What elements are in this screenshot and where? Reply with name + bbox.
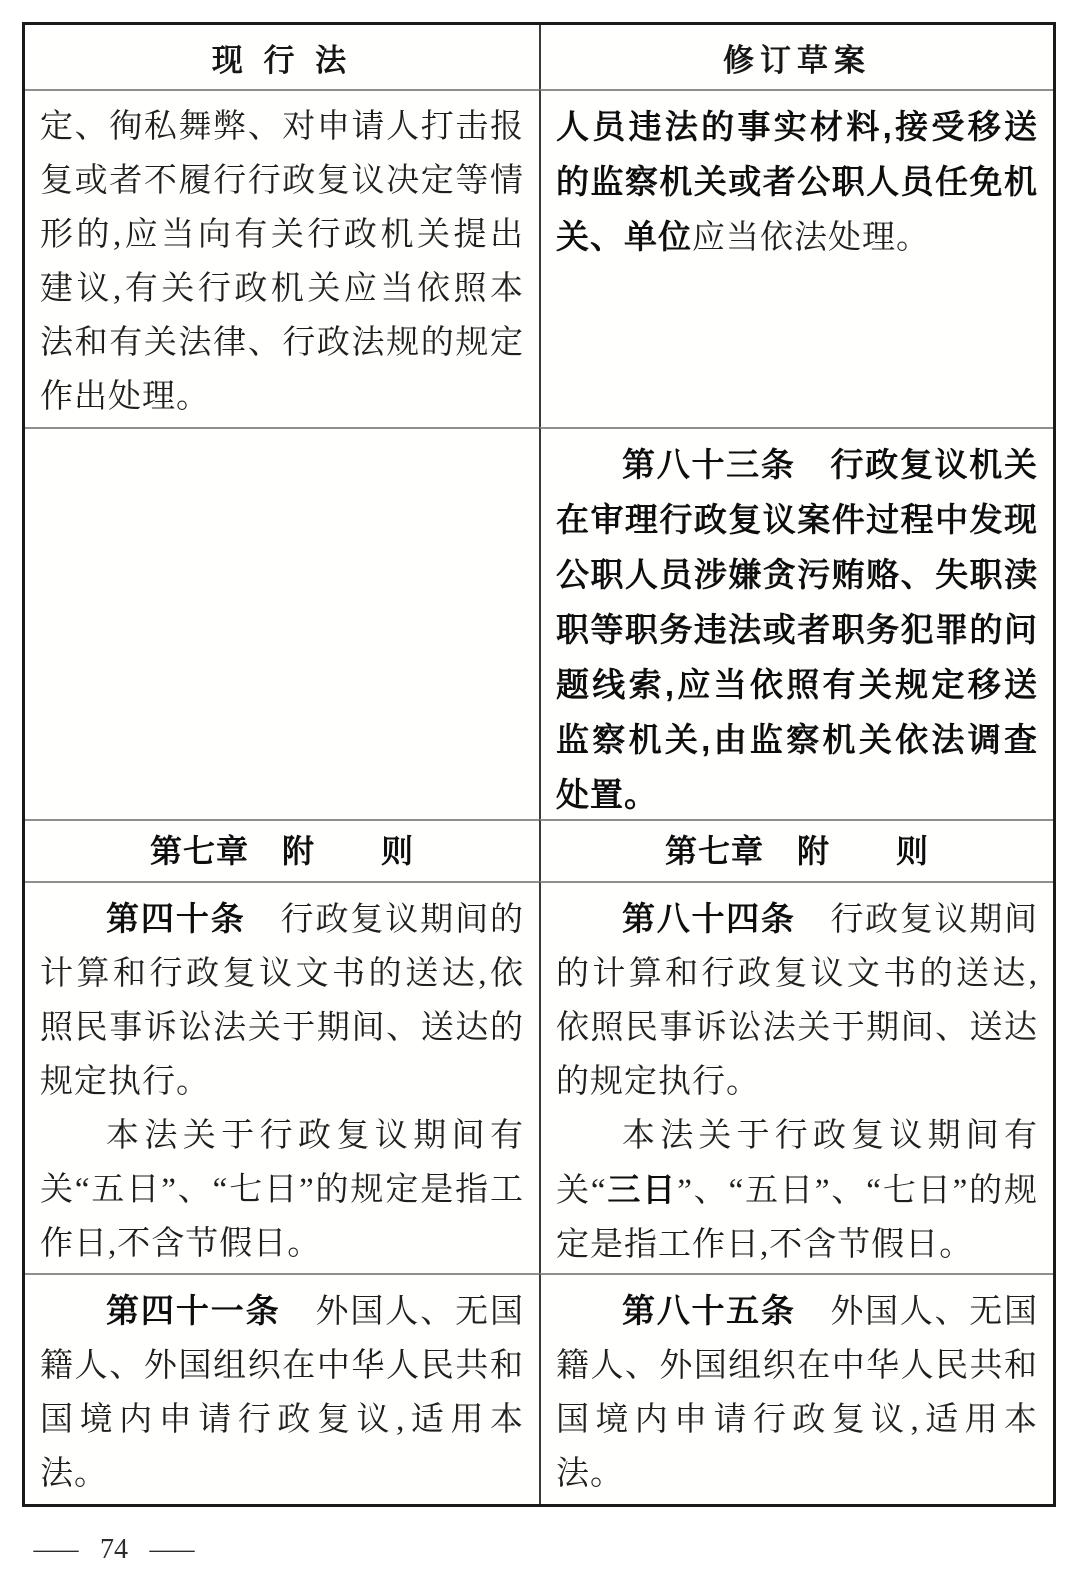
- cell-revised-draft-row-1: 人员违法的事实材料,接受移送的监察机关或者公职人员任免机关、单位应当依法处理。: [539, 89, 1053, 427]
- cell-current-law-row-1: 定、徇私舞弊、对申请人打击报复或者不履行行政复议决定等情形的,应当向有关行政机关…: [25, 89, 539, 427]
- column-header-revised-draft: 修订草案: [539, 25, 1053, 89]
- text-run: 应当依法处理。: [692, 220, 930, 256]
- cell-current-law-row-4: 第四十条 行政复议期间的计算和行政复议文书的送达,依照民事诉讼法关于期间、送达的…: [25, 881, 539, 1273]
- paragraph: 本法关于行政复议期间有关“五日”、“七日”的规定是指工作日,不含节假日。: [40, 1109, 524, 1271]
- cell-revised-draft-row-2: 第八十三条 行政复议机关在审理行政复议案件过程中发现公职人员涉嫌贪污贿赂、失职渎…: [539, 427, 1053, 819]
- footer-right-dash: —: [150, 1534, 195, 1566]
- bold-text-run: 第七章 附 则: [665, 833, 929, 869]
- paragraph: 定、徇私舞弊、对申请人打击报复或者不履行行政复议决定等情形的,应当向有关行政机关…: [40, 100, 524, 424]
- cell-revised-draft-row-3: 第七章 附 则: [539, 819, 1053, 881]
- column-header-current-law: 现 行 法: [25, 25, 539, 89]
- bold-text-run: 第八十四条: [622, 900, 830, 937]
- cell-revised-draft-row-5: 第八十五条 外国人、无国籍人、外国组织在中华人民共和国境内申请行政复议,适用本法…: [539, 1273, 1053, 1504]
- cell-current-law-row-5: 第四十一条 外国人、无国籍人、外国组织在中华人民共和国境内申请行政复议,适用本法…: [25, 1273, 539, 1504]
- bold-text-run: 第四十一条: [106, 1292, 315, 1329]
- chapter-heading: 第七章 附 则: [665, 824, 929, 878]
- bold-text-run: 三日: [607, 1171, 678, 1208]
- paragraph: 本法关于行政复议期间有关“三日”、“五日”、“七日”的规定是指工作日,不含节假日…: [556, 1109, 1038, 1272]
- page-footer: — 74 —: [42, 1534, 186, 1566]
- bold-text-run: 第八十五条: [622, 1292, 830, 1329]
- text-run: 本法关于行政复议期间有关“五日”、“七日”的规定是指工作日,不含节假日。: [40, 1118, 524, 1262]
- bold-text-run: 第七章 附 则: [150, 833, 414, 869]
- cell-current-law-row-2: [25, 427, 539, 819]
- bold-text-run: 第四十条: [106, 900, 281, 937]
- cell-current-law-row-3: 第七章 附 则: [25, 819, 539, 881]
- page-number: 74: [100, 1534, 128, 1566]
- cell-revised-draft-row-4: 第八十四条 行政复议期间的计算和行政复议文书的送达,依照民事诉讼法关于期间、送达…: [539, 881, 1053, 1273]
- paragraph: 第八十四条 行政复议期间的计算和行政复议文书的送达,依照民事诉讼法关于期间、送达…: [556, 892, 1038, 1109]
- paragraph: 第四十条 行政复议期间的计算和行政复议文书的送达,依照民事诉讼法关于期间、送达的…: [40, 892, 524, 1109]
- paragraph: 第八十三条 行政复议机关在审理行政复议案件过程中发现公职人员涉嫌贪污贿赂、失职渎…: [556, 438, 1038, 819]
- chapter-heading: 第七章 附 则: [150, 824, 414, 878]
- bold-text-run: 第八十三条 行政复议机关在审理行政复议案件过程中发现公职人员涉嫌贪污贿赂、失职渎…: [556, 446, 1038, 813]
- paragraph: 第四十一条 外国人、无国籍人、外国组织在中华人民共和国境内申请行政复议,适用本法…: [40, 1284, 524, 1501]
- text-run: 定、徇私舞弊、对申请人打击报复或者不履行行政复议决定等情形的,应当向有关行政机关…: [40, 109, 524, 415]
- footer-left-dash: —: [34, 1534, 79, 1566]
- paragraph: 第八十五条 外国人、无国籍人、外国组织在中华人民共和国境内申请行政复议,适用本法…: [556, 1284, 1038, 1501]
- comparison-table: 现 行 法 修订草案 定、徇私舞弊、对申请人打击报复或者不履行行政复议决定等情形…: [22, 22, 1056, 1507]
- paragraph: 人员违法的事实材料,接受移送的监察机关或者公职人员任免机关、单位应当依法处理。: [556, 100, 1038, 265]
